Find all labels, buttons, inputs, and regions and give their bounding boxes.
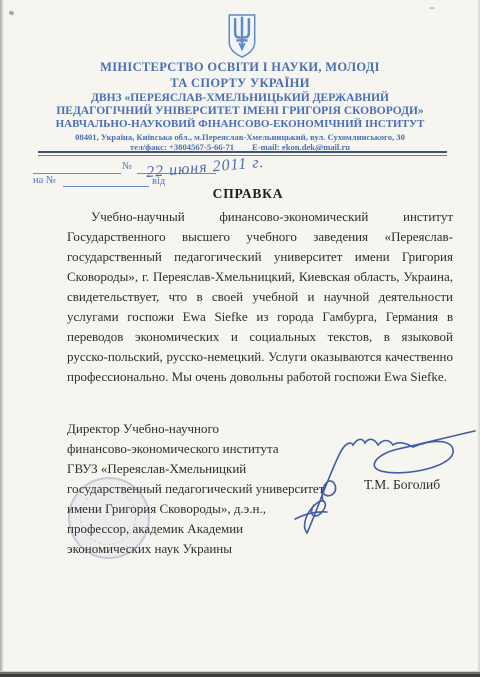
reply-to-number-label: на № (33, 175, 56, 186)
ukraine-trident-icon (226, 13, 258, 59)
scan-artifact (8, 10, 14, 16)
university-name-line1: ДВНЗ «ПЕРЕЯСЛАВ-ХМЕЛЬНИЦЬКИЙ ДЕРЖАВНИЙ (0, 92, 480, 104)
scanned-document-page: МІНІСТЕРСТВО ОСВІТИ І НАУКИ, МОЛОДІ ТА С… (0, 0, 480, 677)
handwritten-date: 22 июня 2011 г. (145, 154, 265, 182)
outgoing-number-blank-line (33, 165, 121, 174)
signer-name: Т.М. Боголиб (364, 477, 440, 493)
number-sign-label: № (122, 161, 132, 172)
body-line: государственный педагогический университ… (67, 247, 453, 267)
scan-edge-bottom (0, 671, 480, 677)
body-line: услугами госпожи Ewa Siefke из города Га… (67, 307, 453, 327)
ministry-name-line2: ТА СПОРТУ УКРАЇНИ (0, 76, 480, 91)
institute-name: НАВЧАЛЬНО-НАУКОВИЙ ФІНАНСОВО-ЕКОНОМІЧНИЙ… (0, 118, 480, 130)
letterhead-address: 08401, Україна, Київська обл., м.Переясл… (0, 132, 480, 142)
scan-artifact (429, 7, 435, 9)
ministry-name-line1: МІНІСТЕРСТВО ОСВІТИ І НАУКИ, МОЛОДІ (0, 60, 480, 75)
body-line: свидетельствует, что в своей учебной и н… (67, 287, 453, 307)
body-line: профессионально. Мы очень довольны работ… (67, 367, 453, 387)
body-paragraph: Учебно-научный финансово-экономический и… (67, 207, 453, 387)
signer-title-line: экономических наук Украины (67, 539, 347, 559)
body-line: русско-польский, русско-немецкий. Услуги… (67, 347, 453, 367)
body-line: переводов экономических и социальных тек… (67, 327, 453, 347)
body-line: Государственного высшего учебного заведе… (67, 227, 453, 247)
scan-edge-left (0, 0, 4, 677)
body-line: Сковороды», г. Переяслав-Хмельницкий, Ки… (67, 267, 453, 287)
body-line: Учебно-научный финансово-экономический и… (67, 207, 453, 227)
document-title: СПРАВКА (8, 186, 480, 202)
university-name-line2: ПЕДАГОГІЧНИЙ УНІВЕРСИТЕТ ІМЕНІ ГРИГОРІЯ … (0, 105, 480, 117)
